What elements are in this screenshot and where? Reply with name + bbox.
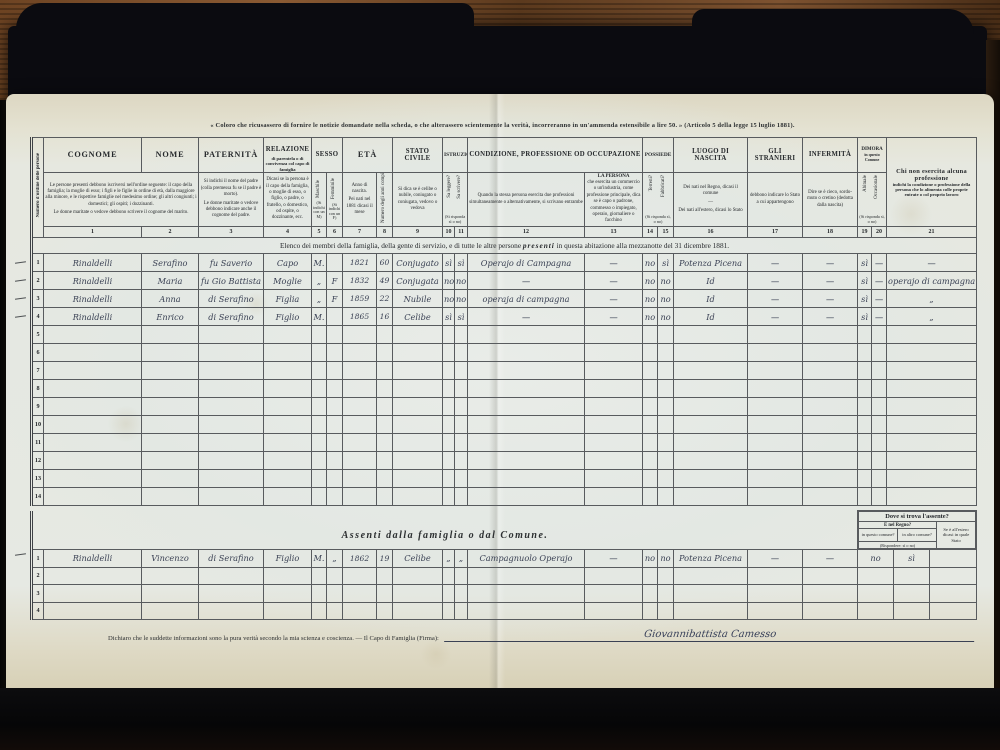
cell-stato: Celibe	[393, 550, 443, 568]
cell-anni	[377, 567, 393, 585]
cell-in_questo: no	[858, 550, 894, 568]
cell-paternita	[199, 567, 264, 585]
cell-relazione: Figlia	[264, 290, 312, 308]
cell-legge	[443, 416, 455, 434]
table-row: 14	[32, 488, 977, 506]
cell-abituale	[858, 398, 872, 416]
photo-scene: « Coloro che ricusassero di fornire le n…	[0, 0, 1000, 750]
cell-anno	[343, 585, 377, 603]
cell-n: 8	[32, 380, 44, 398]
cell-legge	[443, 362, 455, 380]
cell-relazione	[264, 470, 312, 488]
cell-stato: Nubile	[393, 290, 443, 308]
cell-n: 11	[32, 434, 44, 452]
cell-m	[312, 567, 327, 585]
table-row: 9	[32, 398, 977, 416]
cell-chi_non: —	[887, 254, 977, 272]
cell-infermita	[803, 602, 858, 620]
cell-cognome	[44, 567, 142, 585]
cell-paternita	[199, 585, 264, 603]
assenti-title: Assenti dalla famiglia o dal Comune.	[34, 518, 856, 541]
cell-stato: Celibe	[393, 308, 443, 326]
cell-m	[312, 362, 327, 380]
dark-cloth-bottom	[0, 688, 1000, 750]
cell-m	[312, 585, 327, 603]
col-condizione: CONDIZIONE, PROFESSIONE OD OCCUPAZIONE	[468, 138, 643, 173]
cell-relazione	[264, 585, 312, 603]
cell-cognome: Rinaldelli	[44, 272, 142, 290]
cell-legge	[443, 470, 455, 488]
cell-scrive: no	[455, 290, 468, 308]
cell-occasionale	[872, 380, 887, 398]
cell-chi_non	[887, 326, 977, 344]
dove-rispondere: (Rispondere: sì o no)	[859, 542, 937, 549]
cell-infermita	[803, 344, 858, 362]
cell-abituale	[858, 380, 872, 398]
cell-abituale: sì	[858, 272, 872, 290]
cell-scrive: „	[455, 550, 468, 568]
dove-title: Dove si trova l'assente?	[859, 512, 976, 522]
cell-paternita: fu Saverio	[199, 254, 264, 272]
cell-paternita	[199, 344, 264, 362]
note-condizione-13: LA PERSONAche esercita un commercio o un…	[585, 172, 643, 226]
present-persons-table: Numero d'ordine delle persone COGNOME NO…	[30, 137, 977, 506]
cell-fabbricati	[658, 416, 674, 434]
cell-stato	[393, 434, 443, 452]
cell-m	[312, 434, 327, 452]
cell-persona	[585, 602, 643, 620]
cell-fabbricati	[658, 362, 674, 380]
cell-scrive	[455, 398, 468, 416]
cell-luogo: Id	[674, 308, 748, 326]
cell-persona: —	[585, 550, 643, 568]
cell-persona	[585, 416, 643, 434]
cell-nome	[142, 488, 199, 506]
cell-infermita	[803, 567, 858, 585]
cell-n: 2	[32, 567, 44, 585]
cell-cond	[468, 380, 585, 398]
cell-stato	[393, 380, 443, 398]
cell-cognome	[44, 380, 142, 398]
cell-infermita	[803, 362, 858, 380]
cell-stranieri: —	[748, 290, 803, 308]
cell-legge: sì	[443, 254, 455, 272]
cell-f	[327, 567, 343, 585]
cell-paternita: fu Gio Battista	[199, 272, 264, 290]
cell-anni	[377, 416, 393, 434]
cell-scrive	[455, 416, 468, 434]
cell-cognome	[44, 416, 142, 434]
cell-luogo	[674, 362, 748, 380]
cell-nome	[142, 398, 199, 416]
cell-abituale	[858, 452, 872, 470]
table-row: 3	[32, 585, 977, 603]
note-infermita: Dire se è cieco, sordo-muto o cretino (d…	[803, 172, 858, 226]
note-stranieri: debbono indicare lo Stato a cui apparten…	[748, 172, 803, 226]
dove-regno: È nel Regno?	[859, 522, 937, 529]
cell-f: „	[327, 550, 343, 568]
cell-nome	[142, 567, 199, 585]
cell-stato	[393, 452, 443, 470]
col-chi-non-esercita: Chi non esercita alcuna professione indi…	[887, 138, 977, 227]
cell-cognome: Rinaldelli	[44, 290, 142, 308]
cell-relazione	[264, 434, 312, 452]
cell-anno	[343, 434, 377, 452]
cell-fabbricati	[658, 470, 674, 488]
cell-legge	[443, 380, 455, 398]
cell-relazione	[264, 380, 312, 398]
cell-scrive	[455, 602, 468, 620]
cell-n: 10	[32, 416, 44, 434]
cell-f	[327, 602, 343, 620]
cell-abituale	[858, 434, 872, 452]
cell-fabbricati	[658, 602, 674, 620]
cell-stato	[393, 326, 443, 344]
col-dimora: DIMORAin questo Comune	[858, 138, 887, 173]
note-paternita: Si indichi il nome del padre (colla prem…	[199, 172, 264, 226]
cell-legge	[443, 452, 455, 470]
cell-abituale	[858, 362, 872, 380]
pencil-mark	[15, 297, 26, 300]
cell-f	[327, 452, 343, 470]
cell-nome: Serafino	[142, 254, 199, 272]
cell-paternita: di Serafino	[199, 308, 264, 326]
cell-infermita: —	[803, 254, 858, 272]
cell-fabbricati: sì	[658, 254, 674, 272]
present-rows: 1RinaldelliSerafinofu SaverioCapoM.18216…	[32, 254, 977, 506]
cell-fabbricati	[658, 567, 674, 585]
cell-anni	[377, 452, 393, 470]
note-cognome-nome: Le persone presenti debbono iscriversi n…	[44, 172, 199, 226]
cell-relazione: Moglie	[264, 272, 312, 290]
cell-f: F	[327, 290, 343, 308]
cell-cognome	[44, 585, 142, 603]
cell-anni	[377, 488, 393, 506]
table-row: 8	[32, 380, 977, 398]
cell-luogo	[674, 344, 748, 362]
note-istruzione: Sa leggere?Sa scrivere? (Si risponda sì …	[443, 172, 468, 226]
cell-stranieri: —	[748, 308, 803, 326]
cell-chi_non: „	[887, 290, 977, 308]
cell-stato	[393, 602, 443, 620]
cell-n: 9	[32, 398, 44, 416]
cell-f	[327, 326, 343, 344]
cell-infermita	[803, 488, 858, 506]
cell-terreni	[643, 434, 658, 452]
cell-fabbricati	[658, 585, 674, 603]
cell-cognome: Rinaldelli	[44, 308, 142, 326]
cell-scrive	[455, 326, 468, 344]
declaration-text: Dichiaro che le suddette informazioni so…	[108, 635, 439, 642]
cell-anno: 1821	[343, 254, 377, 272]
cell-stato	[393, 567, 443, 585]
cell-legge	[443, 344, 455, 362]
cell-f	[327, 344, 343, 362]
cell-infermita: —	[803, 272, 858, 290]
cell-paternita: di Serafino	[199, 550, 264, 568]
cell-cond	[468, 398, 585, 416]
cell-in_questo	[858, 567, 894, 585]
cell-nome	[142, 434, 199, 452]
cell-relazione	[264, 362, 312, 380]
cell-scrive	[455, 488, 468, 506]
cell-anno	[343, 470, 377, 488]
cell-m: M.	[312, 550, 327, 568]
cell-stranieri	[748, 602, 803, 620]
cell-fabbricati	[658, 452, 674, 470]
table-row: 6	[32, 344, 977, 362]
cell-persona: —	[585, 308, 643, 326]
cell-stato	[393, 585, 443, 603]
cell-infermita: —	[803, 308, 858, 326]
cell-in_questo	[858, 585, 894, 603]
cell-anni	[377, 344, 393, 362]
cell-cond	[468, 416, 585, 434]
table-row: 12	[32, 452, 977, 470]
cell-chi_non	[887, 416, 977, 434]
cell-anno: 1859	[343, 290, 377, 308]
cell-persona	[585, 398, 643, 416]
cell-scrive	[455, 380, 468, 398]
cell-cond	[468, 585, 585, 603]
cell-estero	[930, 585, 977, 603]
cell-stranieri	[748, 567, 803, 585]
dove-in-altro: in altro comune?	[898, 529, 937, 542]
cell-estero	[930, 567, 977, 585]
cell-m	[312, 470, 327, 488]
black-folder-flap-right	[692, 9, 974, 69]
cell-persona	[585, 362, 643, 380]
cell-stranieri	[748, 362, 803, 380]
cell-cond	[468, 488, 585, 506]
cell-terreni	[643, 398, 658, 416]
cell-cognome	[44, 326, 142, 344]
note-eta-anni: Numero degli anni compiuti	[377, 172, 393, 226]
cell-luogo	[674, 416, 748, 434]
cell-persona	[585, 434, 643, 452]
cell-stato	[393, 398, 443, 416]
cell-occasionale	[872, 452, 887, 470]
col-cognome: COGNOME	[44, 138, 142, 173]
cell-scrive	[455, 567, 468, 585]
cell-legge: no	[443, 272, 455, 290]
table-row: 10	[32, 416, 977, 434]
cell-relazione	[264, 602, 312, 620]
cell-terreni	[643, 488, 658, 506]
cell-anno	[343, 602, 377, 620]
cell-luogo	[674, 470, 748, 488]
cell-infermita	[803, 434, 858, 452]
cell-relazione	[264, 416, 312, 434]
cell-scrive: sì	[455, 308, 468, 326]
cell-relazione: Capo	[264, 254, 312, 272]
cell-occasionale	[872, 362, 887, 380]
table-row: 2	[32, 567, 977, 585]
cell-luogo	[674, 434, 748, 452]
cell-relazione	[264, 326, 312, 344]
cell-stato	[393, 416, 443, 434]
cell-relazione: Figlio	[264, 308, 312, 326]
cell-nome	[142, 326, 199, 344]
cell-anni	[377, 326, 393, 344]
col-possiede: POSSIEDE	[643, 138, 674, 173]
table-row: 11	[32, 434, 977, 452]
cell-infermita	[803, 416, 858, 434]
cell-scrive	[455, 585, 468, 603]
cell-luogo	[674, 585, 748, 603]
table-row: 3RinaldelliAnnadi SerafinoFiglia„F185922…	[32, 290, 977, 308]
cell-chi_non: operajo di campagna	[887, 272, 977, 290]
cell-abituale: sì	[858, 290, 872, 308]
table-row: 4	[32, 602, 977, 620]
cell-nome	[142, 416, 199, 434]
cell-n: 7	[32, 362, 44, 380]
cell-paternita	[199, 452, 264, 470]
cell-scrive	[455, 470, 468, 488]
cell-scrive	[455, 452, 468, 470]
cell-relazione	[264, 567, 312, 585]
cell-terreni	[643, 326, 658, 344]
col-numero-ordine: Numero d'ordine delle persone	[32, 138, 44, 238]
column-numbers-row: 123 456 789 101112 131415 161718 192021	[32, 227, 977, 238]
cell-fabbricati	[658, 488, 674, 506]
cell-cond	[468, 434, 585, 452]
cell-f	[327, 362, 343, 380]
cell-occasionale: —	[872, 254, 887, 272]
cell-estero	[930, 602, 977, 620]
cell-anni	[377, 602, 393, 620]
cell-nome	[142, 344, 199, 362]
cell-abituale	[858, 470, 872, 488]
cell-chi_non	[887, 344, 977, 362]
cell-infermita: —	[803, 290, 858, 308]
cell-paternita: di Serafino	[199, 290, 264, 308]
cell-f	[327, 254, 343, 272]
cell-cond: Operajo di Campagna	[468, 254, 585, 272]
cell-persona	[585, 326, 643, 344]
cell-stranieri: —	[748, 272, 803, 290]
cell-f	[327, 434, 343, 452]
cell-cond	[468, 452, 585, 470]
cell-abituale	[858, 488, 872, 506]
cell-luogo	[674, 398, 748, 416]
cell-luogo	[674, 326, 748, 344]
table-row: 2RinaldelliMariafu Gio BattistaMoglie„F1…	[32, 272, 977, 290]
cell-cognome	[44, 398, 142, 416]
table-row: 4RinaldelliEnricodi SerafinoFiglioM.1865…	[32, 308, 977, 326]
cell-chi_non	[887, 362, 977, 380]
declaration-line: Dichiaro che le suddette informazioni so…	[30, 629, 975, 642]
col-stato-civile: STATO CIVILE	[393, 138, 443, 173]
cell-f	[327, 398, 343, 416]
table-row: 1RinaldelliSerafinofu SaverioCapoM.18216…	[32, 254, 977, 272]
cell-luogo: Potenza Picena	[674, 254, 748, 272]
cell-cond: —	[468, 308, 585, 326]
cell-in_altro: sì	[894, 550, 930, 568]
cell-fabbricati	[658, 344, 674, 362]
cell-nome	[142, 470, 199, 488]
pencil-mark	[15, 553, 26, 556]
col-nome: NOME	[142, 138, 199, 173]
cell-m	[312, 602, 327, 620]
cell-stranieri: —	[748, 550, 803, 568]
cell-m: „	[312, 272, 327, 290]
cell-fabbricati: no	[658, 550, 674, 568]
col-relazione: RELAZIONEdi parentela o di convivenza co…	[264, 138, 312, 173]
cell-m	[312, 380, 327, 398]
table-row: 7	[32, 362, 977, 380]
cell-scrive: no	[455, 272, 468, 290]
cell-nome: Maria	[142, 272, 199, 290]
dove-estero: Se è all'estero dicasi in quale Stato	[937, 522, 976, 549]
cell-relazione	[264, 488, 312, 506]
cell-stranieri	[748, 416, 803, 434]
note-possiede: Terreni?Fabbricati? (Si risponda sì, o n…	[643, 172, 674, 226]
cell-cognome	[44, 434, 142, 452]
cell-abituale	[858, 416, 872, 434]
note-eta-anno: Anno di nascita.Pei nati nel 1881 dicasi…	[343, 172, 377, 226]
cell-anno	[343, 326, 377, 344]
cell-anni	[377, 470, 393, 488]
cell-stranieri	[748, 488, 803, 506]
cell-m	[312, 344, 327, 362]
cell-persona: —	[585, 254, 643, 272]
cell-occasionale: —	[872, 290, 887, 308]
cell-cognome	[44, 488, 142, 506]
cell-infermita	[803, 585, 858, 603]
cell-occasionale	[872, 470, 887, 488]
cell-legge: „	[443, 550, 455, 568]
col-sesso: SESSO	[312, 138, 343, 173]
census-sheet: « Coloro che ricusassero di fornire le n…	[6, 94, 994, 694]
table-row: 5	[32, 326, 977, 344]
cell-occasionale	[872, 416, 887, 434]
cell-legge	[443, 567, 455, 585]
cell-in_questo	[858, 602, 894, 620]
cell-terreni: no	[643, 290, 658, 308]
cell-paternita	[199, 470, 264, 488]
cell-relazione	[264, 398, 312, 416]
cell-terreni	[643, 470, 658, 488]
legal-warning-line: « Coloro che ricusassero di fornire le n…	[30, 122, 975, 129]
cell-occasionale	[872, 326, 887, 344]
cell-cond: —	[468, 272, 585, 290]
cell-anno	[343, 416, 377, 434]
cell-infermita	[803, 452, 858, 470]
cell-nome: Enrico	[142, 308, 199, 326]
note-sesso-m: Maschile(Si indichi con un M)	[312, 172, 327, 226]
cell-stranieri	[748, 344, 803, 362]
dove-in-questo: in questo comune?	[859, 529, 898, 542]
cell-n: 3	[32, 585, 44, 603]
cell-f	[327, 470, 343, 488]
cell-cond	[468, 567, 585, 585]
cell-stranieri	[748, 434, 803, 452]
cell-stranieri	[748, 398, 803, 416]
cell-n: 2	[32, 272, 44, 290]
note-dimora: AbitualeOccasionale (Si risponda sì, o n…	[858, 172, 887, 226]
cell-anni	[377, 362, 393, 380]
cell-paternita	[199, 488, 264, 506]
absent-persons-table: Assenti dalla famiglia o dal Comune. Dov…	[30, 510, 977, 620]
cell-fabbricati: no	[658, 272, 674, 290]
cell-infermita	[803, 470, 858, 488]
table-row: 13	[32, 470, 977, 488]
cell-anno	[343, 380, 377, 398]
cell-abituale	[858, 326, 872, 344]
cell-m	[312, 398, 327, 416]
cell-stranieri	[748, 585, 803, 603]
